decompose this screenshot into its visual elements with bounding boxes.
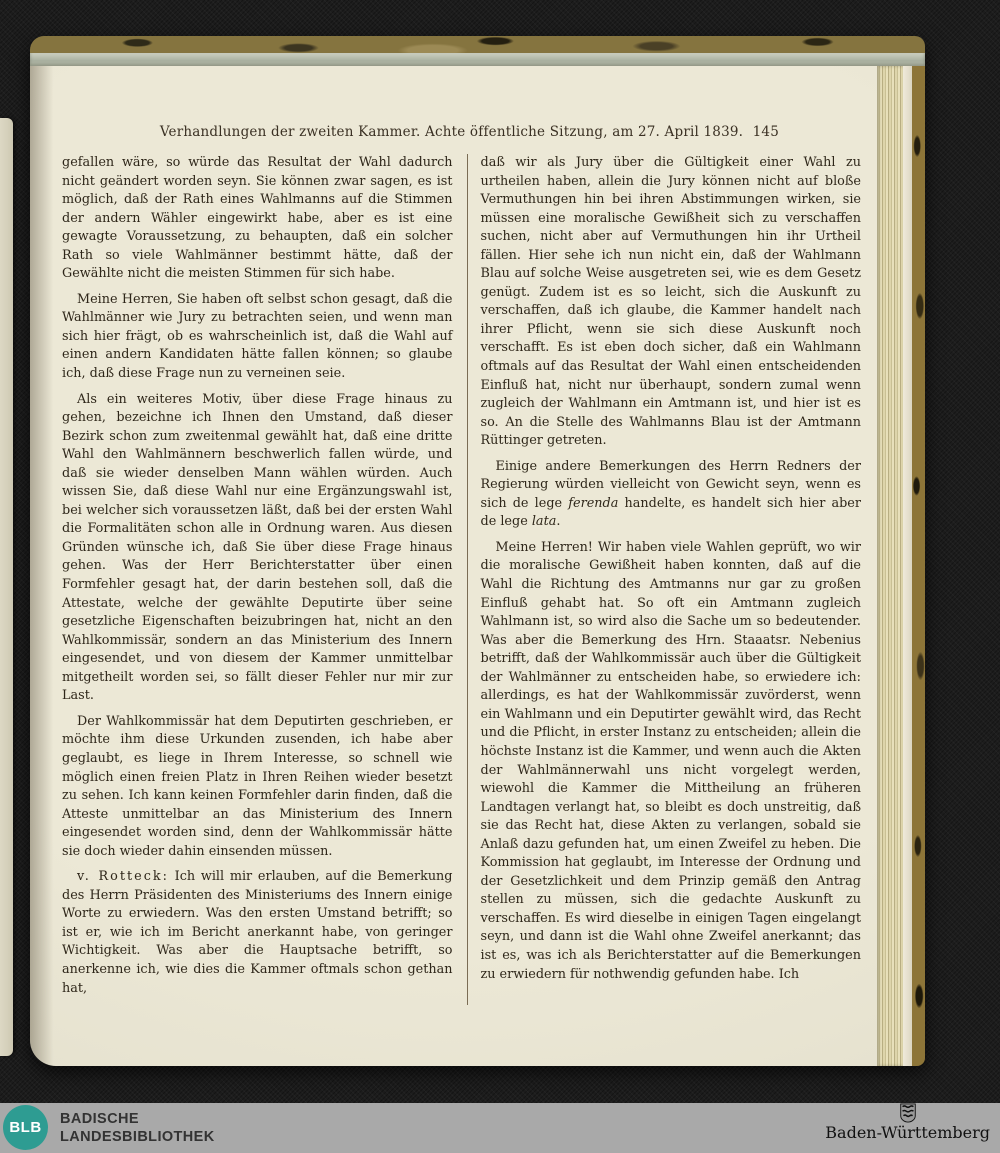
facing-page-edge (0, 118, 13, 1056)
running-header: Verhandlungen der zweiten Kammer. Achte … (82, 124, 821, 140)
library-name: BADISCHE LANDESBIBLIOTHEK (60, 1110, 215, 1146)
paragraph-latin: Einige andere Bemerkungen des Herrn Redn… (481, 458, 862, 532)
library-footer-bar: BLB BADISCHE LANDESBIBLIOTHEK Baden-Würt… (0, 1103, 1000, 1153)
left-column: gefallen wäre, so würde das Resultat der… (62, 154, 468, 1005)
latin-term: ferenda (568, 496, 618, 511)
book-endpaper-edge (903, 66, 912, 1066)
book-marbled-top-edge (30, 36, 925, 53)
paragraph: Meine Herren! Wir haben viele Wahlen gep… (481, 539, 862, 984)
library-name-line2: LANDESBIBLIOTHEK (60, 1128, 215, 1146)
latin-term: lata (532, 514, 557, 529)
page-number: 145 (753, 124, 779, 140)
paragraph: daß wir als Jury über die Gültigkeit ein… (481, 154, 862, 451)
running-header-title: Verhandlungen der zweiten Kammer. Achte … (160, 124, 743, 140)
state-name: Baden-Württemberg (825, 1123, 990, 1142)
right-column: daß wir als Jury über die Gültigkeit ein… (468, 154, 862, 1005)
paragraph: Der Wahlkommissär hat dem Deputirten ges… (62, 713, 453, 861)
paragraph-speech: v. Rotteck: Ich will mir erlauben, auf d… (62, 868, 453, 998)
paragraph: Als ein weiteres Motiv, über diese Frage… (62, 391, 453, 706)
paragraph: gefallen wäre, so würde das Resultat der… (62, 154, 453, 284)
blb-logo: BLB (3, 1105, 48, 1150)
state-wordmark: Baden-Württemberg (825, 1111, 990, 1142)
book-fore-edge-pages (877, 66, 903, 1066)
paragraph-text: . (556, 514, 560, 529)
paragraph: Meine Herren, Sie haben oft selbst schon… (62, 291, 453, 384)
scanned-page: Verhandlungen der zweiten Kammer. Achte … (30, 66, 877, 1066)
book-marbled-cover-edge (912, 66, 925, 1066)
library-name-line1: BADISCHE (60, 1110, 215, 1128)
text-columns: gefallen wäre, so würde das Resultat der… (62, 154, 861, 1005)
blb-logo-text: BLB (9, 1119, 41, 1136)
speech-text: Ich will mir erlauben, auf die Bemerkung… (62, 869, 453, 995)
baden-wuerttemberg-coat-of-arms-icon (898, 1103, 918, 1123)
book-scan: Verhandlungen der zweiten Kammer. Achte … (30, 36, 925, 1066)
book-page-block-top-edge (30, 53, 925, 66)
speaker-name: v. Rotteck: (77, 869, 169, 884)
